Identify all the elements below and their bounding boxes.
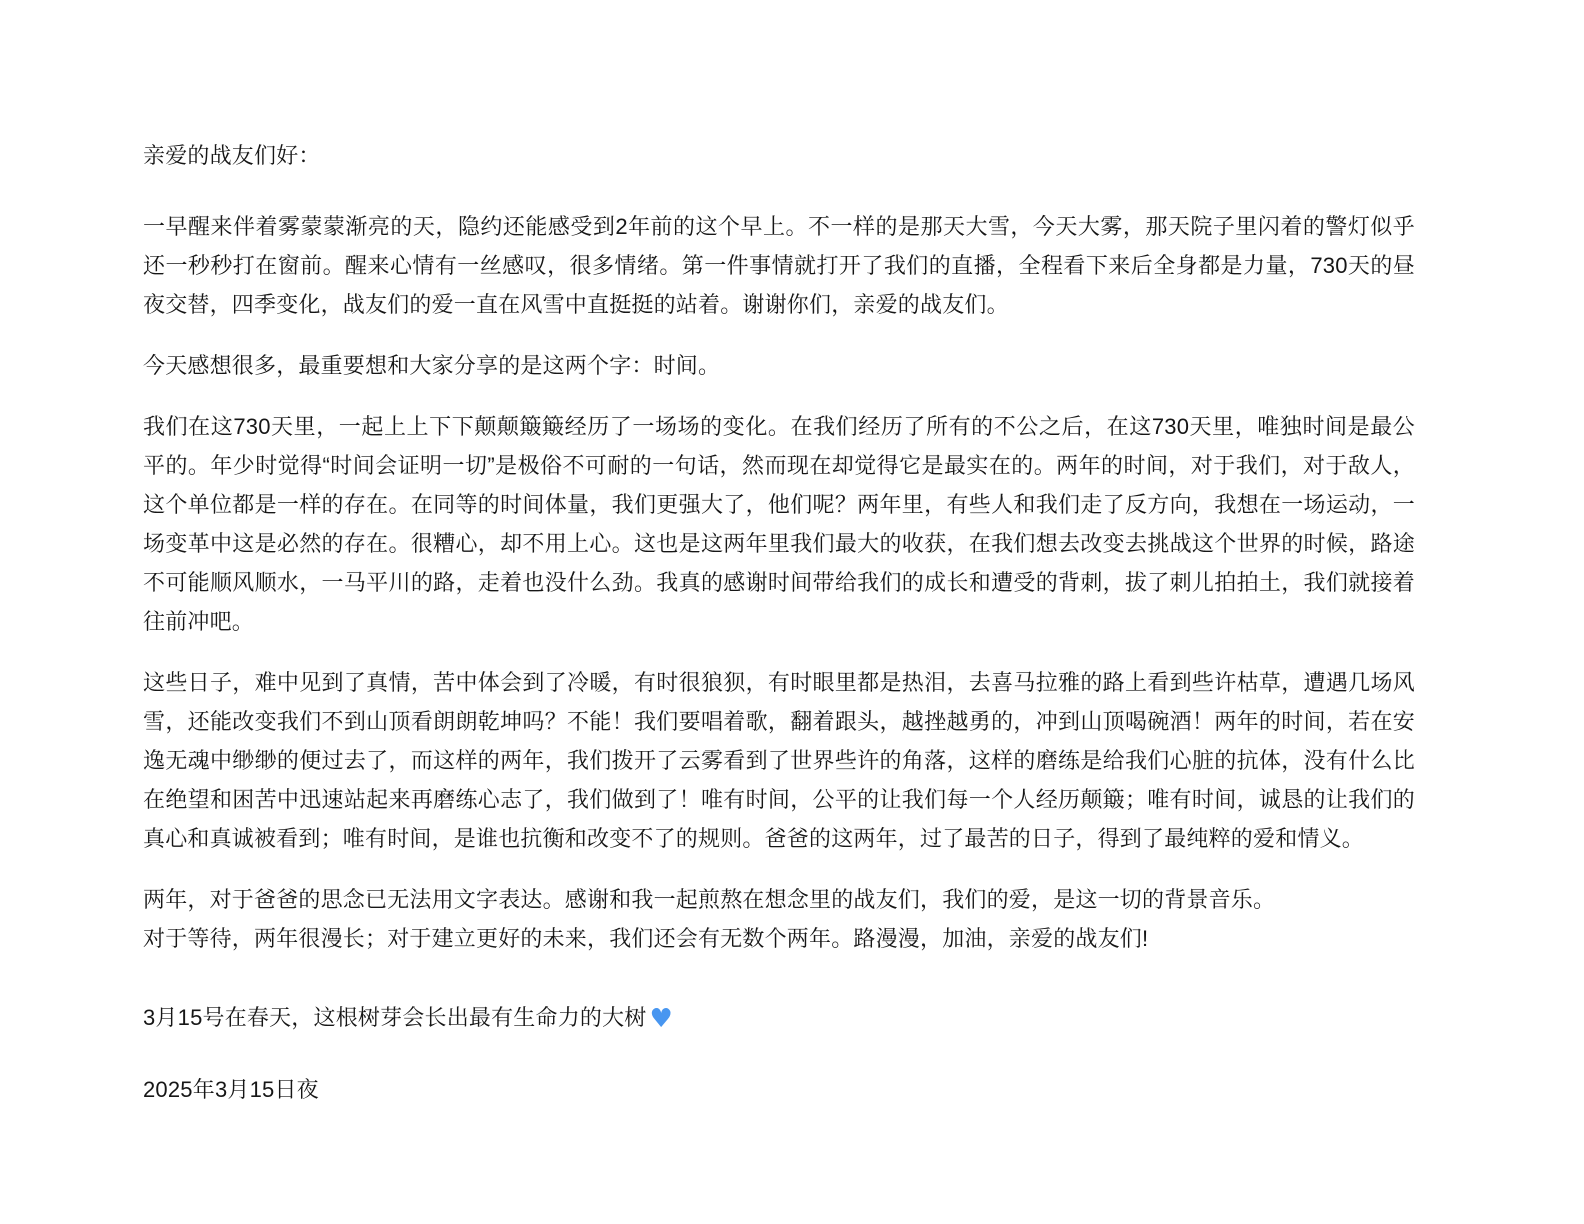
spring-line: 3月15号在春天，这根树芽会长出最有生命力的大树♥: [143, 998, 1415, 1037]
paragraph-theme-time: 今天感想很多，最重要想和大家分享的是这两个字：时间。: [143, 346, 1415, 385]
closing-line-1: 两年，对于爸爸的思念已无法用文字表达。感谢和我一起煎熬在想念里的战友们，我们的爱…: [143, 887, 1275, 912]
date-line: 2025年3月15日夜: [143, 1070, 1415, 1109]
paragraph-morning: 一早醒来伴着雾蒙蒙渐亮的天，隐约还能感受到2年前的这个早上。不一样的是那天大雪，…: [143, 207, 1415, 324]
closing-line-2: 对于等待，两年很漫长；对于建立更好的未来，我们还会有无数个两年。路漫漫，加油，亲…: [143, 926, 1148, 951]
paragraph-730-days: 我们在这730天里，一起上上下下颠颠簸簸经历了一场场的变化。在我们经历了所有的不…: [143, 407, 1415, 641]
letter-document: 亲爱的战友们好： 一早醒来伴着雾蒙蒙渐亮的天，隐约还能感受到2年前的这个早上。不…: [0, 0, 1584, 1109]
paragraph-hardship: 这些日子，难中见到了真情，苦中体会到了冷暖，有时很狼狈，有时眼里都是热泪，去喜马…: [143, 663, 1415, 858]
closing-paragraph: 两年，对于爸爸的思念已无法用文字表达。感谢和我一起煎熬在想念里的战友们，我们的爱…: [143, 880, 1415, 958]
spring-line-text: 3月15号在春天，这根树芽会长出最有生命力的大树: [143, 1005, 647, 1030]
blue-heart-icon: ♥: [650, 1004, 674, 1034]
greeting-line: 亲爱的战友们好：: [143, 136, 1415, 175]
